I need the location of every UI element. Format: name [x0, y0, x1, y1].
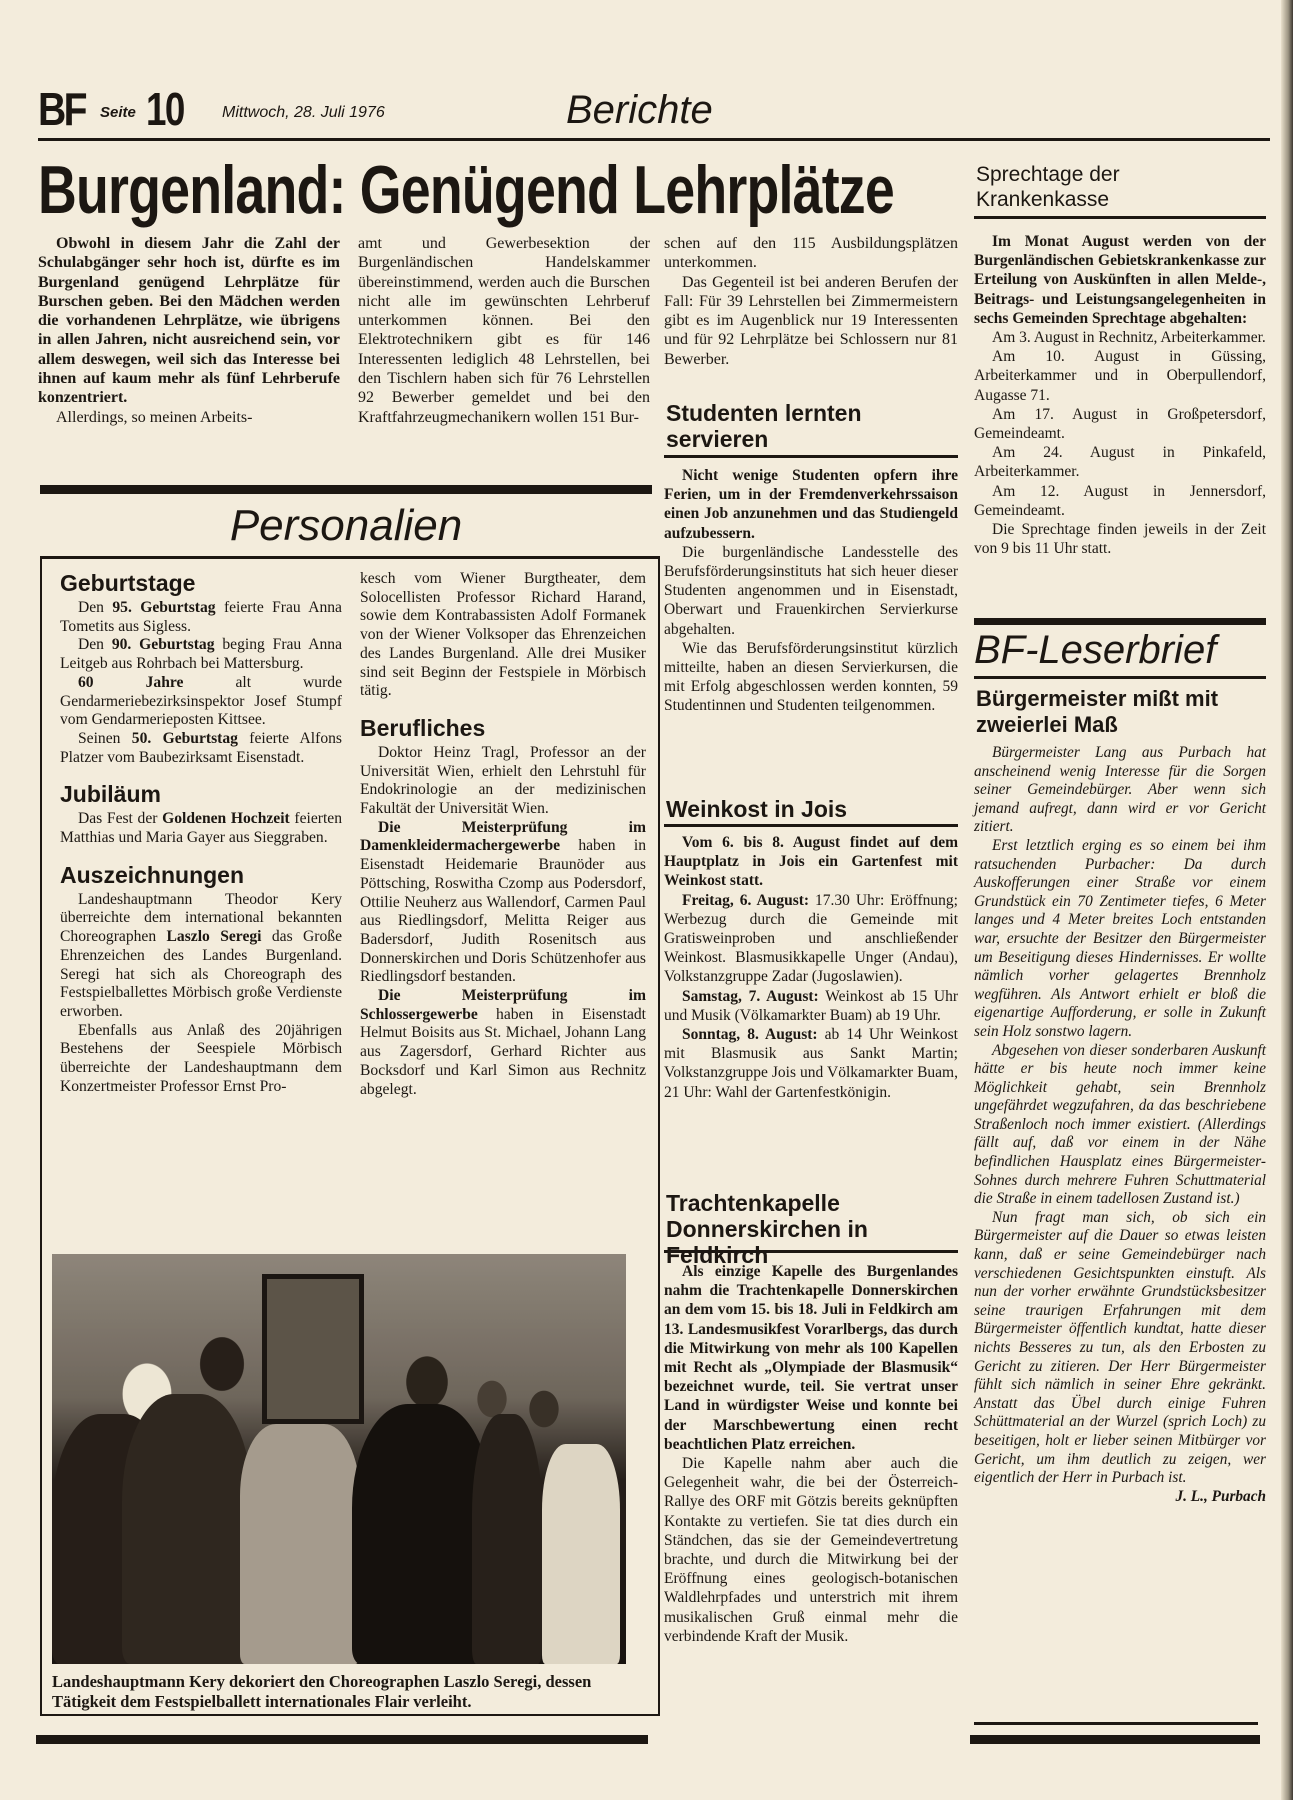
- weinkost-lead: Vom 6. bis 8. August findet auf dem Haup…: [664, 833, 958, 891]
- personalien-bottom-rule: [36, 1735, 648, 1744]
- trachtenkapelle-p1: Die Kapelle nahm aber auch die Gelegenhe…: [664, 1454, 958, 1646]
- item-bold: 95. Geburtstag: [112, 599, 215, 616]
- jubilaeum-text: Das Fest der Goldenen Hochzeit feierten …: [60, 810, 342, 847]
- photo-portrait-frame: [262, 1274, 364, 1424]
- weinkost-headline: Weinkost in Jois: [666, 796, 956, 822]
- berufliches-p3: Die Meisterprüfung im Schlossergewerbe h…: [360, 987, 646, 1099]
- leserbrief-bottom-rule: [970, 1735, 1260, 1744]
- page-number: 10: [146, 86, 184, 132]
- auszeichnungen-p2a: Ebenfalls aus Anlaß des 20jährigen Beste…: [60, 1022, 342, 1097]
- item-text: Den: [78, 636, 112, 653]
- studenten-lead: Nicht wenige Studenten opfern ihre Ferie…: [664, 466, 958, 543]
- personalien-top-rule: [40, 485, 652, 494]
- photo-caption: Landeshauptmann Kery dekoriert den Chore…: [52, 1672, 632, 1712]
- krankenkasse-date-1: Am 3. August in Rechnitz, Arbeiterkammer…: [974, 328, 1266, 347]
- studenten-p2: Wie das Berufsförderungsinstitut kürzlic…: [664, 639, 958, 716]
- item-text: Seinen: [78, 730, 132, 747]
- news-photo: [52, 1254, 626, 1664]
- leserbrief-signature: J. L., Purbach: [974, 1488, 1266, 1507]
- main-headline: Burgenland: Genügend Lehrplätze: [38, 150, 749, 230]
- berufliches-heading: Berufliches: [360, 715, 646, 741]
- personalien-title: Personalien: [40, 500, 652, 552]
- krankenkasse-lead: Im Monat August werden von der Burgenlän…: [974, 232, 1266, 328]
- krankenkasse-date-2: Am 10. August in Güssing, Arbeiterkammer…: [974, 347, 1266, 405]
- item-text: haben in Eisenstadt Heidemarie Braunöder…: [360, 837, 646, 985]
- krankenkasse-closing: Die Sprechtage finden jeweils in der Zei…: [974, 520, 1266, 558]
- section-title: Berichte: [566, 88, 713, 133]
- auszeichnungen-p1: Landeshauptmann Theodor Kery überreichte…: [60, 891, 342, 1022]
- leserbrief-kicker: BF-Leserbrief: [974, 628, 1266, 672]
- item-bold: Goldenen Hochzeit: [162, 810, 290, 827]
- main-article-col-1: Obwohl in diesem Jahr die Zahl der Schul…: [38, 234, 340, 427]
- studenten-body: Nicht wenige Studenten opfern ihre Ferie…: [664, 466, 958, 716]
- leserbrief-kicker-rule: [974, 676, 1266, 679]
- leserbrief-p1: Bürgermeister Lang aus Purbach hat ansch…: [974, 744, 1266, 837]
- weinkost-day-1: Freitag, 6. August: 17.30 Uhr: Eröffnung…: [664, 891, 958, 987]
- auszeichnungen-heading: Auszeichnungen: [60, 862, 342, 888]
- trachtenkapelle-body: Als einzige Kapelle des Burgenlandes nah…: [664, 1262, 958, 1646]
- masthead: BF Seite 10 Mittwoch, 28. Juli 1976 Beri…: [38, 86, 1268, 138]
- weinkost-body: Vom 6. bis 8. August findet auf dem Haup…: [664, 833, 958, 1102]
- leserbrief-end-rule: [974, 1722, 1258, 1725]
- main-article-p1-end: schen auf den 115 Ausbildungsplätzen unt…: [664, 234, 958, 273]
- photo-person-4: [352, 1404, 492, 1664]
- main-article-lead: Obwohl in diesem Jahr die Zahl der Schul…: [38, 234, 340, 408]
- geburtstag-item-1: Den 95. Geburtstag feierte Frau Anna Tom…: [60, 599, 342, 636]
- weinkost-day-3: Sonntag, 8. August: ab 14 Uhr Weinkost m…: [664, 1025, 958, 1102]
- berufliches-p2: Die Meisterprüfung im Damenkleidermacher…: [360, 819, 646, 987]
- issue-date: Mittwoch, 28. Juli 1976: [222, 104, 385, 122]
- geburtstag-item-3: 60 Jahre alt wurde Gendarmeriebezirksins…: [60, 674, 342, 730]
- krankenkasse-date-5: Am 12. August in Jennersdorf, Gemeindeam…: [974, 482, 1266, 520]
- weinkost-day-3-label: Sonntag, 8. August:: [682, 1026, 818, 1043]
- geburtstag-item-2: Den 90. Geburtstag beging Frau Anna Leit…: [60, 636, 342, 673]
- studenten-p1: Die burgenländische Landesstelle des Ber…: [664, 543, 958, 639]
- krankenkasse-rule: [974, 216, 1266, 219]
- krankenkasse-date-3: Am 17. August in Großpetersdorf, Gemeind…: [974, 405, 1266, 443]
- leserbrief-p2: Erst letztlich erging es so einem bei ih…: [974, 837, 1266, 1042]
- weinkost-rule: [664, 824, 958, 827]
- weinkost-day-2-label: Samstag, 7. August:: [682, 988, 819, 1005]
- personalien-col-1: Geburtstage Den 95. Geburtstag feierte F…: [60, 570, 342, 1096]
- trachtenkapelle-headline: Trachtenkapelle Donnerskirchen in Feldki…: [666, 1190, 960, 1268]
- photo-person-5: [472, 1414, 542, 1664]
- main-article-p2: Das Gegenteil ist bei anderen Berufen de…: [664, 273, 958, 369]
- item-bold: 60 Jahre: [78, 674, 183, 691]
- auszeichnungen-p2b: kesch vom Wiener Burgtheater, dem Soloce…: [360, 570, 646, 701]
- newspaper-logo: BF: [38, 86, 85, 132]
- item-bold: 90. Geburtstag: [112, 636, 215, 653]
- leserbrief-p4: Nun fragt man sich, ob sich ein Bürgerme…: [974, 1209, 1266, 1488]
- trachtenkapelle-rule: [664, 1250, 958, 1253]
- geburtstage-heading: Geburtstage: [60, 570, 342, 596]
- krankenkasse-date-4: Am 24. August in Pinkafeld, Arbeiterkamm…: [974, 443, 1266, 481]
- jubilaeum-heading: Jubiläum: [60, 781, 342, 807]
- page-edge: [1281, 0, 1293, 1800]
- photo-person-2: [122, 1394, 252, 1664]
- photo-person-3-light-suit: [240, 1424, 360, 1664]
- photo-person-6-light-dress: [542, 1444, 620, 1664]
- main-article-p1-start: Allerdings, so meinen Arbeits-: [38, 408, 340, 427]
- item-text: Das Fest der: [78, 810, 162, 827]
- studenten-rule: [664, 455, 958, 458]
- main-article-col-2: amt und Gewerbesektion der Burgenländisc…: [358, 234, 650, 427]
- leserbrief-body: Bürgermeister Lang aus Purbach hat ansch…: [974, 744, 1266, 1506]
- main-article-p1-cont: amt und Gewerbesektion der Burgenländisc…: [358, 234, 650, 427]
- item-bold: 50. Geburtstag: [132, 730, 238, 747]
- leserbrief-top-rule: [974, 618, 1266, 625]
- weinkost-day-1-label: Freitag, 6. August:: [682, 892, 809, 909]
- studenten-headline: Studenten lernten servieren: [666, 400, 956, 452]
- item-bold: Laszlo Seregi: [167, 928, 262, 945]
- leserbrief-p3: Abgesehen von dieser sonderbaren Auskunf…: [974, 1042, 1266, 1209]
- main-article-col-3: schen auf den 115 Ausbildungsplätzen unt…: [664, 234, 958, 369]
- personalien-col-2: kesch vom Wiener Burgtheater, dem Soloce…: [360, 570, 646, 1099]
- berufliches-p1: Doktor Heinz Tragl, Professor an der Uni…: [360, 744, 646, 819]
- leserbrief-headline: Bürgermeister mißt mit zweierlei Maß: [976, 686, 1266, 738]
- krankenkasse-body: Im Monat August werden von der Burgenlän…: [974, 232, 1266, 558]
- krankenkasse-headline: Sprechtage der Krankenkasse: [976, 162, 1258, 212]
- masthead-rule: [38, 138, 1270, 141]
- page-label: Seite: [100, 104, 136, 121]
- weinkost-day-2: Samstag, 7. August: Weinkost ab 15 Uhr u…: [664, 987, 958, 1025]
- item-text: Den: [78, 599, 112, 616]
- geburtstag-item-4: Seinen 50. Geburtstag feierte Alfons Pla…: [60, 730, 342, 767]
- trachtenkapelle-lead: Als einzige Kapelle des Burgenlandes nah…: [664, 1262, 958, 1454]
